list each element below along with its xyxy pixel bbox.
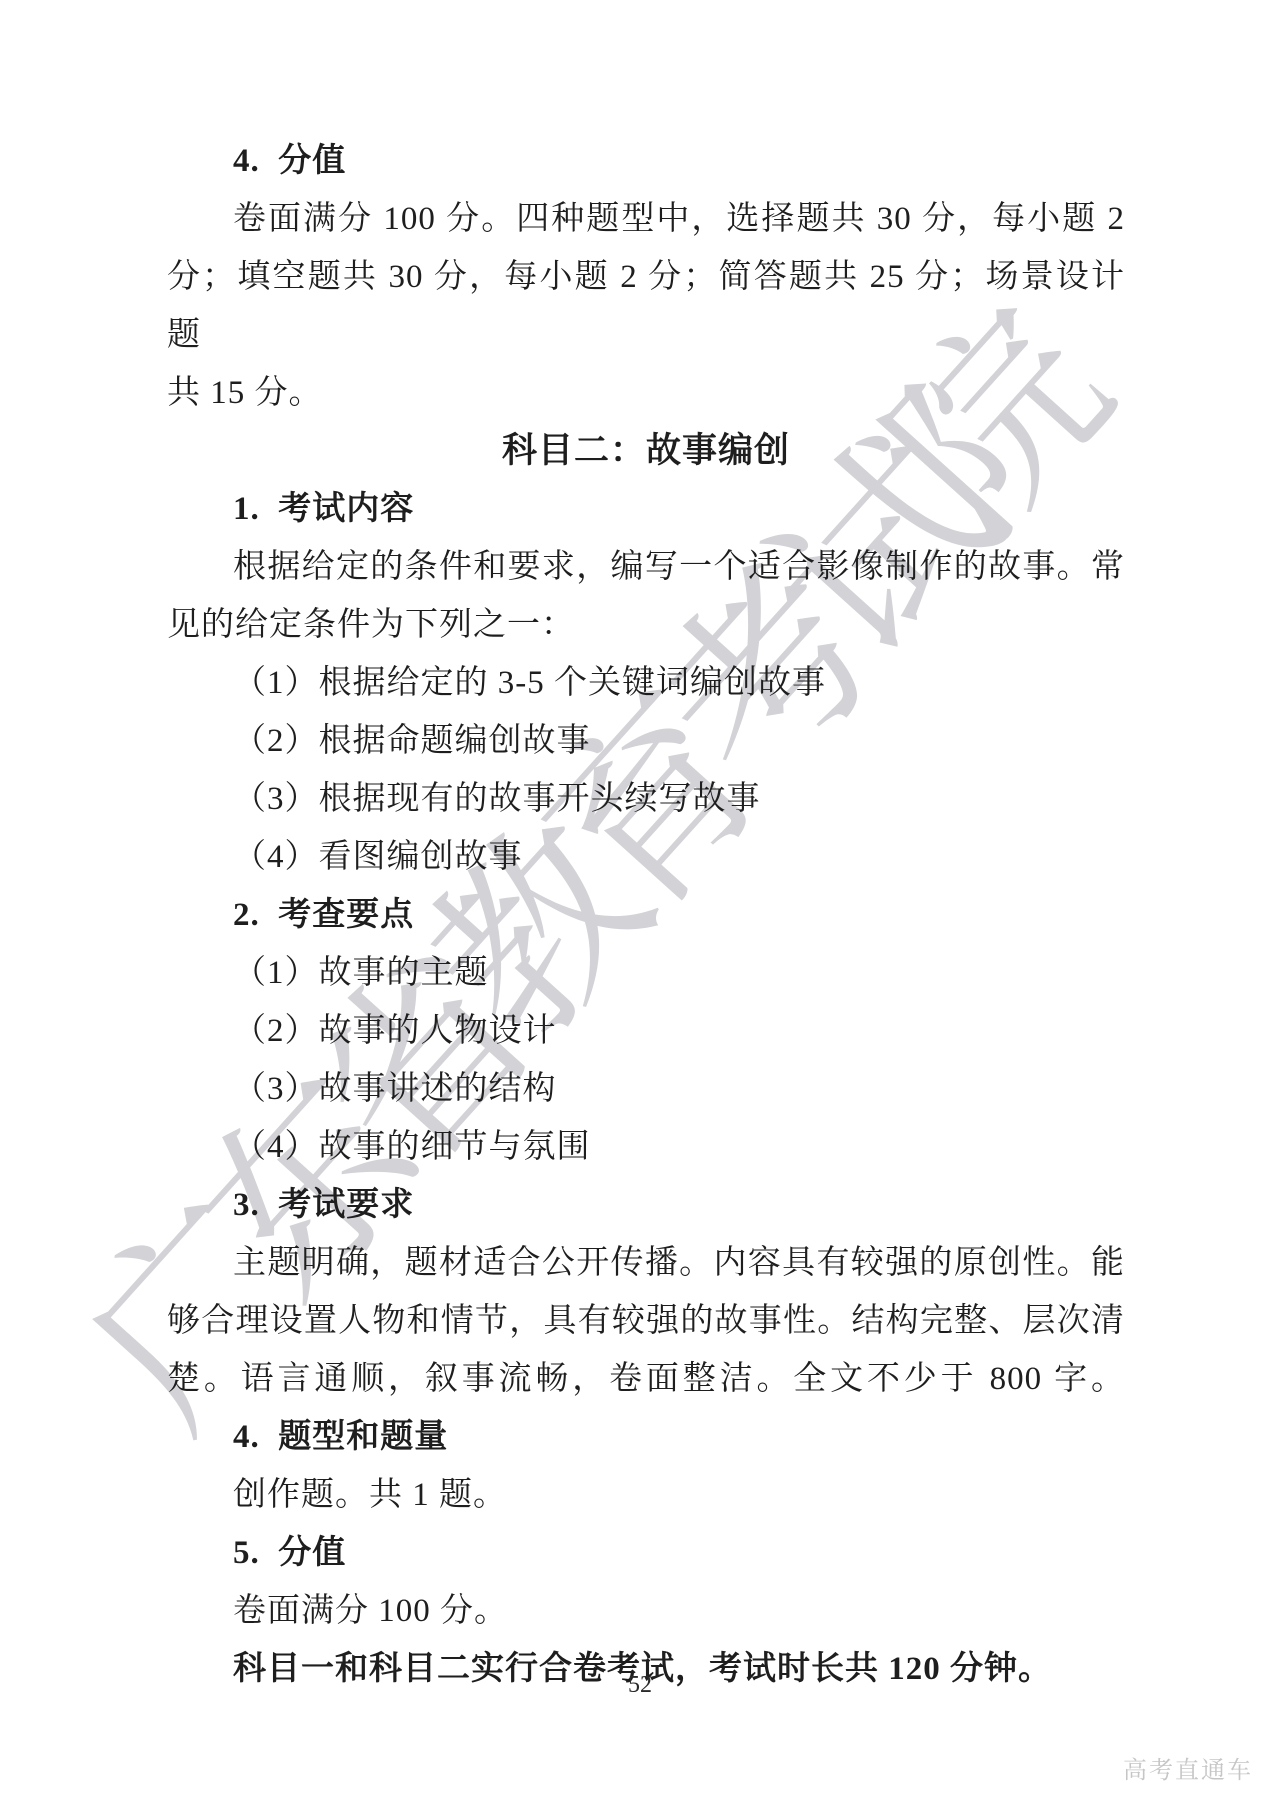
list-item: （4）故事的细节与氛围 xyxy=(167,1118,1125,1176)
section-heading: 3. 考试要求 xyxy=(167,1176,1125,1234)
section-heading: 2. 考查要点 xyxy=(167,886,1125,944)
paragraph-line: 共 15 分。 xyxy=(167,364,1125,422)
list-item: （1）故事的主题 xyxy=(167,944,1125,1002)
section-heading: 5. 分值 xyxy=(167,1524,1125,1582)
list-item: （2）故事的人物设计 xyxy=(167,1002,1125,1060)
paragraph-line: 分；填空题共 30 分，每小题 2 分；简答题共 25 分；场景设计题 xyxy=(167,248,1125,364)
document-body: 4. 分值 卷面满分 100 分。四种题型中，选择题共 30 分，每小题 2 分… xyxy=(167,132,1125,1698)
paragraph-line: 卷面满分 100 分。四种题型中，选择题共 30 分，每小题 2 xyxy=(167,190,1125,248)
list-item: （3）根据现有的故事开头续写故事 xyxy=(167,770,1125,828)
list-item: （4）看图编创故事 xyxy=(167,828,1125,886)
paragraph-line: 主题明确，题材适合公开传播。内容具有较强的原创性。能 xyxy=(167,1234,1125,1292)
paragraph-line: 见的给定条件为下列之一： xyxy=(167,596,1125,654)
section-heading: 1. 考试内容 xyxy=(167,480,1125,538)
section-heading: 4. 题型和题量 xyxy=(167,1408,1125,1466)
subject-title: 科目二：故事编创 xyxy=(167,422,1125,480)
list-item: （2）根据命题编创故事 xyxy=(167,712,1125,770)
list-item: （1）根据给定的 3-5 个关键词编创故事 xyxy=(167,654,1125,712)
paragraph-line: 卷面满分 100 分。 xyxy=(167,1582,1125,1640)
footer-brand-watermark: 高考直通车 xyxy=(1123,1750,1253,1785)
section-heading: 4. 分值 xyxy=(167,132,1125,190)
paragraph-line: 创作题。共 1 题。 xyxy=(167,1466,1125,1524)
paragraph-line: 根据给定的条件和要求，编写一个适合影像制作的故事。常 xyxy=(167,538,1125,596)
paragraph-line: 楚。语言通顺，叙事流畅，卷面整洁。全文不少于 800 字。 xyxy=(167,1350,1125,1408)
document-page: 广东省教育考试院 4. 分值 卷面满分 100 分。四种题型中，选择题共 30 … xyxy=(0,0,1280,1810)
page-number: 52 xyxy=(0,1672,1280,1699)
list-item: （3）故事讲述的结构 xyxy=(167,1060,1125,1118)
paragraph-line: 够合理设置人物和情节，具有较强的故事性。结构完整、层次清 xyxy=(167,1292,1125,1350)
